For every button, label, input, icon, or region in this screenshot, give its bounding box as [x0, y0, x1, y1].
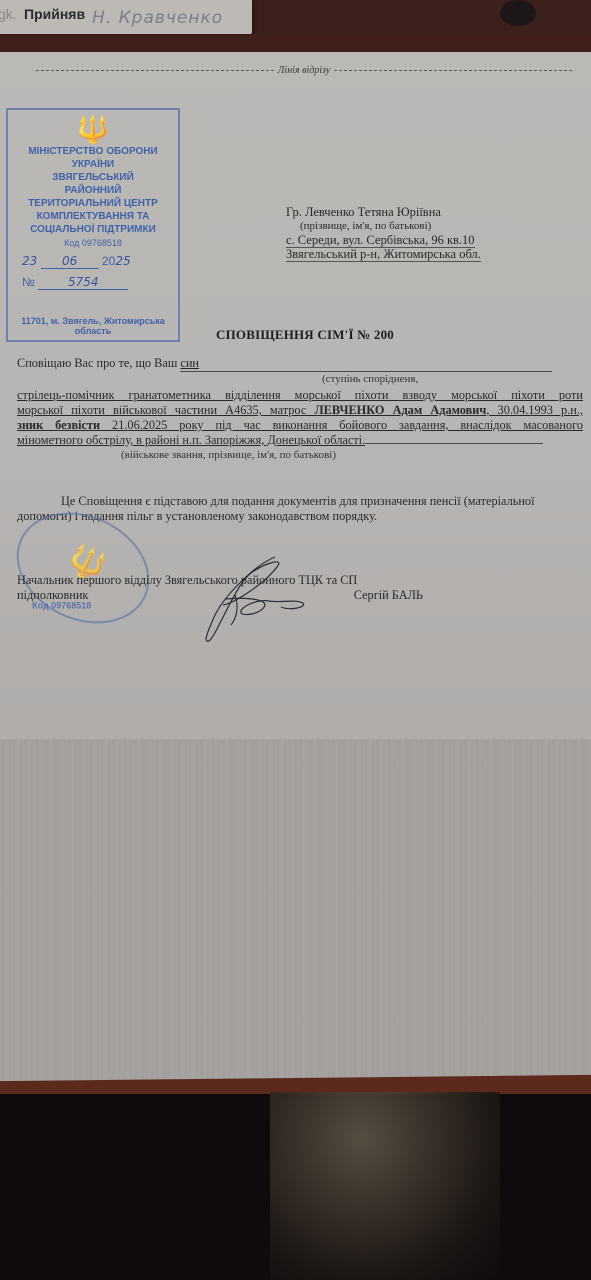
stamp-date: 23 06 2025 [8, 254, 178, 269]
relation-field: син [180, 356, 552, 372]
dashed-line [36, 70, 274, 71]
dashed-line [334, 70, 572, 71]
stamp-line: Звягельський [8, 171, 178, 184]
signatory-name: Сергій БАЛЬ [354, 588, 423, 603]
details-line-4-fill [365, 443, 543, 444]
details-block: стрілець-помічник гранатометника відділе… [17, 388, 583, 463]
signatory-rank: підполковник [17, 588, 88, 603]
intro-text: Сповіщаю Вас про те, що Ваш [17, 356, 177, 370]
stamp-number: № 5754 [8, 275, 178, 290]
cut-line-label: Лінія відрізу [274, 65, 335, 76]
document-title: СПОВІЩЕННЯ СІМ'Ї № 200 [216, 327, 394, 343]
handwritten-name: Н. Кравченко [92, 8, 223, 28]
accepted-label: Прийняв [24, 6, 85, 22]
stamp-line: соціальної підтримки [8, 223, 178, 236]
stamp-year-prefix: 20 [102, 254, 115, 268]
stamp-line: України [8, 158, 178, 171]
faded-text: gk. [0, 6, 17, 22]
camouflage-fabric [270, 1092, 500, 1280]
background-card: gk. Прийняв Н. Кравченко [0, 0, 252, 34]
addressee-address-line1: с. Середи, вул. Сербівська, 96 кв.10 [286, 233, 475, 248]
basis-line-1: Це Сповіщення є підставою для подання до… [17, 494, 583, 509]
dark-object [500, 0, 536, 26]
stamp-number-label: № [22, 275, 35, 289]
details-hint: (військове звання, прізвище, ім'я, по ба… [17, 448, 583, 463]
stamp-day: 23 [22, 254, 37, 268]
stamp-line: районний [8, 184, 178, 197]
trident-icon: 🔱 [8, 114, 178, 145]
soldier-name: ЛЕВЧЕНКО Адам Адамович [314, 403, 486, 417]
registration-stamp: 🔱 Міністерство оборони України Звягельсь… [6, 108, 180, 342]
addressee-block: Гр. Левченко Тетяна Юріївна (прізвище, і… [286, 205, 516, 261]
details-line-2-suffix: , 30.04.1993 р.н., [486, 403, 583, 417]
addressee-name: Гр. Левченко Тетяна Юріївна [286, 205, 516, 219]
details-line-1: стрілець-помічник гранатометника відділе… [17, 388, 583, 403]
stamp-code: Код 09768518 [8, 238, 178, 248]
relation-hint: (ступінь спорідненя, [17, 372, 583, 387]
handwritten-signature [195, 555, 325, 645]
details-line-3-rest: 21.06.2025 року під час виконання бойово… [100, 418, 583, 432]
details-line-2: морської піхоти військової частини А4635… [17, 403, 583, 418]
stamp-year-suffix: 25 [115, 254, 130, 268]
stamp-line: комплектування та [8, 210, 178, 223]
details-line-2-prefix: морської піхоти військової частини А4635… [17, 403, 314, 417]
stamp-address: 11701, м. Звягель, Житомирська область [10, 316, 176, 336]
cut-line: Лінія відрізу [34, 65, 574, 79]
details-line-4: мінометного обстрілу, в районі н.п. Запо… [17, 433, 365, 447]
stamp-month: 06 [41, 254, 99, 269]
blank-lower-area [0, 739, 591, 1085]
status-text: зник безвісти [17, 418, 100, 432]
addressee-name-hint: (прізвище, ім'я, по батькові) [286, 219, 516, 233]
stamp-number-value: 5754 [38, 275, 128, 290]
addressee-address-line2: Звягельський р-н, Житомирська обл. [286, 247, 481, 262]
stamp-line: Міністерство оборони [8, 145, 178, 158]
details-line-3: зник безвісти 21.06.2025 року під час ви… [17, 418, 583, 433]
intro-block: Сповіщаю Вас про те, що Ваш син (ступінь… [17, 356, 583, 387]
stamp-line: Територіальний центр [8, 197, 178, 210]
relation-value: син [180, 356, 199, 370]
